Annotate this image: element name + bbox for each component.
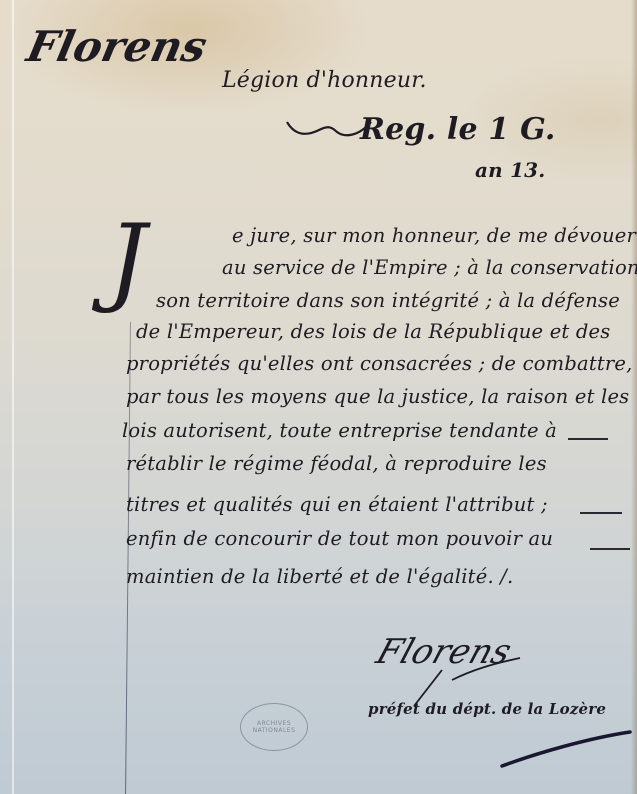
oath-line: au service de l'Empire ; à la conservati… xyxy=(222,256,637,279)
oath-line: maintien de la liberté et de l'égalité. … xyxy=(126,565,513,588)
oath-line: son territoire dans son intégrité ; à la… xyxy=(156,289,620,312)
oath-line: de l'Empereur, des lois de la République… xyxy=(136,320,611,343)
oath-line: enfin de concourir de tout mon pouvoir a… xyxy=(126,527,553,550)
stamp-text-top: ARCHIVES xyxy=(257,720,291,727)
oath-line: rétablir le régime féodal, à reproduire … xyxy=(126,452,547,475)
stamp-text-bottom: NATIONALES xyxy=(253,727,296,734)
oath-dropcap: J xyxy=(108,212,146,308)
document-page: Florens Légion d'honneur. Reg. le 1 G. a… xyxy=(0,0,637,794)
oath-line: titres et qualités qui en étaient l'attr… xyxy=(126,493,548,516)
oath-line: propriétés qu'elles ont consacrées ; de … xyxy=(126,352,633,375)
header-date: an 13. xyxy=(475,158,545,182)
paper-fold xyxy=(12,0,14,794)
oath-line: e jure, sur mon honneur, de me dévouer xyxy=(232,224,636,247)
signature-paraph-icon xyxy=(500,728,632,768)
signature-title: préfet du dépt. de la Lozère xyxy=(368,700,606,718)
oath-line: par tous les moyens que la justice, la r… xyxy=(126,385,629,408)
oath-line: lois autorisent, toute entreprise tendan… xyxy=(122,419,557,442)
archive-stamp: ARCHIVES NATIONALES xyxy=(240,703,308,751)
paper-edge-shadow xyxy=(631,0,637,794)
registration-note: Reg. le 1 G. xyxy=(360,112,556,147)
header-subject: Légion d'honneur. xyxy=(222,68,427,93)
line-filler-dash xyxy=(590,548,630,550)
header-name: Florens xyxy=(23,22,212,71)
line-filler-dash xyxy=(568,438,608,440)
line-filler-dash xyxy=(580,512,622,514)
